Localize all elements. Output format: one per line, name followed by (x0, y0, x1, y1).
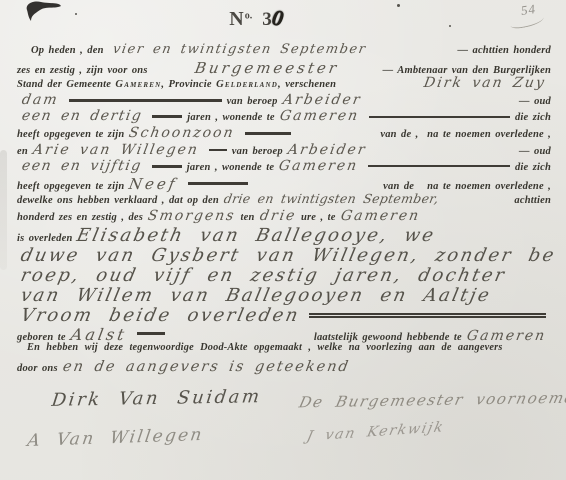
handwritten-entry: dam (21, 92, 60, 108)
fill-rule (309, 313, 546, 318)
handwritten-entry: Dirk van Zuy (423, 75, 548, 91)
handwritten-entry: Gameren (278, 158, 360, 174)
handwritten-entry: Burgemeester (194, 59, 341, 77)
printed-text: heeft opgegeven te zijn (17, 181, 124, 192)
printed-text: is overleden (17, 233, 73, 244)
printed-text: , Provincie (161, 79, 216, 90)
printed-smallcaps: Gameren (115, 79, 161, 90)
printed-text: heeft opgegeven te zijn (17, 129, 124, 140)
printed-text: van de , na te noemen overledene , (380, 129, 551, 140)
document-line: een en vijftigjaren , wonende teGamerend… (17, 158, 551, 175)
handwritten-entry: een en vijftig (21, 158, 144, 174)
document-line: heeft opgegeven te zijnSchoonzoonvan de … (17, 125, 551, 142)
handwritten-entry: drie en twintigsten September, (223, 191, 440, 206)
signature-official: J van Kerkwijk (305, 419, 446, 444)
document-line: enArie van Willegenvan beroepArbeider— o… (17, 142, 551, 159)
handwritten-entry: Arbeider (286, 142, 367, 158)
fill-rule (209, 149, 227, 151)
document-line: Stand der Gemeente Gameren, Provincie Ge… (17, 75, 551, 92)
printed-text: , verschenen (278, 79, 336, 90)
document-line: roep, oud vijf en zestig jaren, dochter (17, 265, 551, 285)
fill-rule (188, 182, 248, 185)
handwritten-entry-large: van Willem van Ballegooyen en Aaltje (19, 285, 494, 306)
handwritten-entry: Smorgens (147, 208, 237, 224)
handwritten-entry-large: duwe van Gysbert van Willegen, zonder be (19, 245, 558, 266)
document-line: van Willem van Ballegooyen en Aaltje (17, 285, 551, 305)
printed-text: — achttien honderd (457, 45, 551, 56)
document-line: geboren teAalstlaatstelijk gewoond hebbe… (17, 325, 551, 342)
printed-text: van beroep (227, 96, 278, 107)
number-label: N (229, 8, 244, 30)
printed-text: jaren , wonende te (187, 162, 274, 173)
document-line: zes en zestig , zijn voor ons Burgemeest… (17, 59, 551, 76)
printed-text: Stand der Gemeente (17, 79, 115, 90)
printed-text: zes en zestig , zijn voor ons (17, 65, 152, 76)
pencil-flourish (509, 13, 544, 30)
printed-text: jaren , wonende te (187, 112, 274, 123)
handwritten-entry: vier en twintigsten September (112, 42, 368, 57)
document-line: door onsen de aangevers is geteekend (17, 359, 551, 376)
document-body: Op heden , den vier en twintigsten Septe… (17, 42, 551, 375)
document-line: duwe van Gysbert van Willegen, zonder be (17, 245, 551, 265)
printed-text: en (17, 146, 28, 157)
edge-smudge (0, 150, 7, 270)
printed-text: ten (241, 212, 255, 223)
printed-text: — oud (519, 96, 551, 107)
printed-text: dewelke ons hebben verklaard , dat op de… (17, 195, 219, 206)
handwritten-entry: Aalst (69, 325, 128, 344)
printed-text: die zich (515, 162, 551, 173)
handwritten-entry: Arie van Willegen (31, 142, 200, 158)
signature-official-title: De Burgemeester voornoemd (297, 389, 566, 412)
printed-text: die zich (515, 112, 551, 123)
printed-text: Op heden , den (31, 45, 108, 56)
fill-rule (152, 165, 182, 168)
handwritten-entry: Gameren (278, 108, 360, 124)
handwritten-entry: een en dertig (21, 108, 144, 124)
handwritten-entry-large: Vroom beide overleden (19, 305, 302, 326)
document-line: Op heden , den vier en twintigsten Septe… (17, 42, 551, 59)
handwritten-entry: en de aangevers is geteekend (61, 359, 351, 375)
printed-text: door ons (17, 363, 58, 374)
printed-smallcaps: Gelderland (216, 79, 278, 90)
number-superscript: o. (245, 11, 253, 22)
document-line: damvan beroepArbeider— oud (17, 92, 551, 109)
document-line: honderd zes en zestig , desSmorgenstendr… (17, 208, 551, 225)
handwritten-entry: Gameren (339, 208, 421, 224)
fill-rule (152, 115, 182, 118)
fill-rule (137, 332, 165, 335)
document-line: een en dertigjaren , wonende teGamerendi… (17, 108, 551, 125)
fill-rule (69, 99, 222, 102)
handwritten-entry: Gameren (465, 328, 547, 344)
document-line: dewelke ons hebben verklaard , dat op de… (17, 191, 551, 208)
handwritten-entry: drie (258, 208, 297, 224)
fill-rule (369, 116, 510, 118)
printed-text: achttien (514, 195, 551, 206)
document-number: No. 30 (0, 5, 512, 31)
printed-text: ure , te (301, 212, 336, 223)
document-line: Vroom beide overleden (17, 305, 551, 325)
handwritten-entry-large: roep, oud vijf en zestig jaren, dochter (19, 265, 508, 286)
death-certificate-scan: No. 30 54 Op heden , den vier en twintig… (0, 0, 566, 480)
handwritten-entry: Neef (128, 175, 180, 193)
fill-rule (368, 165, 510, 167)
fill-rule (245, 132, 291, 135)
printed-text: van beroep (232, 146, 283, 157)
signature-declarant-1: Dirk Van Suidam (50, 386, 262, 411)
document-line: En hebben wij deze tegenwoordige Dood-Ak… (17, 342, 551, 359)
printed-text: honderd zes en zestig , des (17, 212, 143, 223)
document-line: is overledenElisabeth van Ballegooye, we (17, 225, 551, 245)
handwritten-entry: Schoonzoon (128, 125, 236, 141)
handwritten-entry: Arbeider (281, 92, 362, 108)
handwritten-entry-large: Elisabeth van Ballegooye, we (74, 225, 437, 246)
signature-declarant-2: A Van Willegen (26, 425, 205, 451)
printed-text: — Ambtenaar van den Burgerlijken (383, 65, 551, 76)
printed-text: — oud (519, 146, 551, 157)
document-line: heeft opgegeven te zijnNeefvan de na te … (17, 175, 551, 192)
